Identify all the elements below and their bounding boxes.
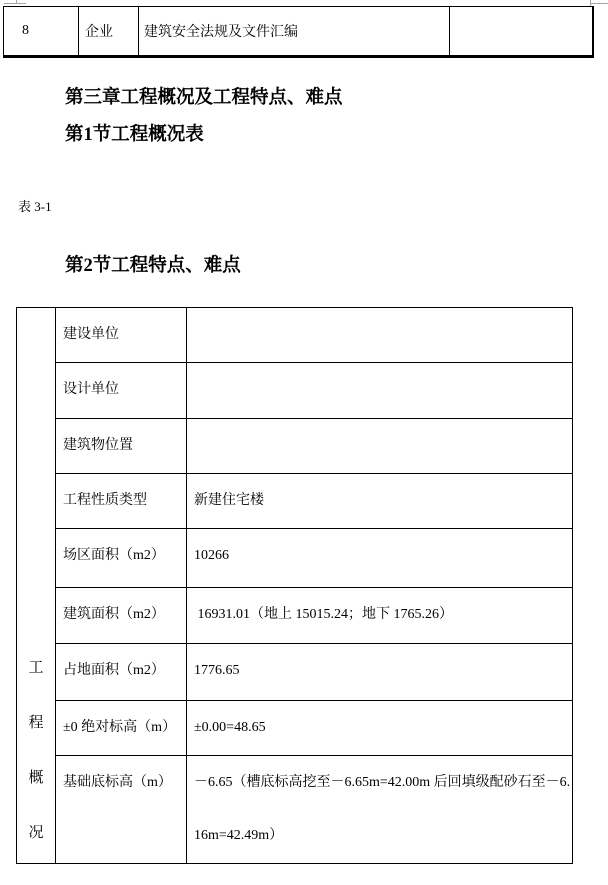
- table-row: 场区面积（m2） 10266: [17, 529, 573, 588]
- row-value-cell: 1776.65: [187, 644, 573, 701]
- clipped-gridline-top-left-horizontal: [4, 3, 26, 4]
- row-value-cell: [187, 363, 573, 419]
- row-value-cell: 10266: [187, 529, 573, 588]
- vertical-text-char: 概: [17, 751, 55, 806]
- clipped-gridline-top-right-horizontal: [591, 3, 608, 4]
- table-row: 工程性质类型 新建住宅楼: [17, 474, 573, 529]
- row-label-cell: 占地面积（m2）: [56, 644, 187, 701]
- table-caption: 表 3-1: [18, 196, 52, 215]
- row-label-cell: 建设单位: [56, 308, 187, 363]
- chapter-heading: 第三章工程概况及工程特点、难点: [65, 87, 343, 109]
- table-row: 设计单位: [17, 363, 573, 419]
- table-row: 占地面积（m2） 1776.65: [17, 644, 573, 701]
- row-label-cell: 建筑物位置: [56, 419, 187, 474]
- reference-row-category-cell: 企业: [79, 7, 139, 55]
- vertical-text-char: 程: [17, 696, 55, 751]
- row-label-cell: 工程性质类型: [56, 474, 187, 529]
- row-value-cell: 新建住宅楼: [187, 474, 573, 529]
- row-value-cell: [187, 308, 573, 363]
- row-label-cell: 场区面积（m2）: [56, 529, 187, 588]
- corner-header-cell: 工 程 概 况: [17, 308, 56, 864]
- row-value-cell: [187, 419, 573, 474]
- reference-row-title-cell: 建筑安全法规及文件汇编: [139, 7, 450, 55]
- table-row: 工 程 概 况 建设单位: [17, 308, 573, 363]
- table-row: 建筑物位置: [17, 419, 573, 474]
- row-value-cell: 16931.01（地上 15015.24；地下 1765.26）: [187, 588, 573, 644]
- vertical-text-char: 况: [17, 806, 55, 861]
- clipped-reference-table-row: 8 企业 建筑安全法规及文件汇编: [3, 6, 594, 58]
- row-label-cell: ±0 绝对标高（m）: [56, 701, 187, 756]
- row-value-cell: ±0.00=48.65: [187, 701, 573, 756]
- document-page: 8 企业 建筑安全法规及文件汇编 第三章工程概况及工程特点、难点 第1节工程概况…: [0, 0, 608, 885]
- table-row: ±0 绝对标高（m） ±0.00=48.65: [17, 701, 573, 756]
- vertical-text-char: 工: [17, 641, 55, 696]
- table-row: 基础底标高（m） －6.65（槽底标高挖至－6.65m=42.00m 后回填级配…: [17, 756, 573, 864]
- row-label-cell: 基础底标高（m）: [56, 756, 187, 864]
- row-label-cell: 设计单位: [56, 363, 187, 419]
- row-value-cell: －6.65（槽底标高挖至－6.65m=42.00m 后回填级配砂石至－6.16m…: [187, 756, 573, 864]
- section2-heading: 第2节工程特点、难点: [65, 255, 241, 277]
- section1-heading: 第1节工程概况表: [65, 124, 204, 146]
- table-row: 建筑面积（m2） 16931.01（地上 15015.24；地下 1765.26…: [17, 588, 573, 644]
- reference-row-index-cell: 8: [4, 7, 79, 55]
- row-label-cell: 建筑面积（m2）: [56, 588, 187, 644]
- reference-row-empty-cell: [450, 7, 593, 55]
- clipped-gridline-top-left-vertical: [16, 0, 17, 4]
- project-overview-table: 工 程 概 况 建设单位 设计单位 建筑物位置 工程性质类型 新建住宅楼: [16, 307, 573, 864]
